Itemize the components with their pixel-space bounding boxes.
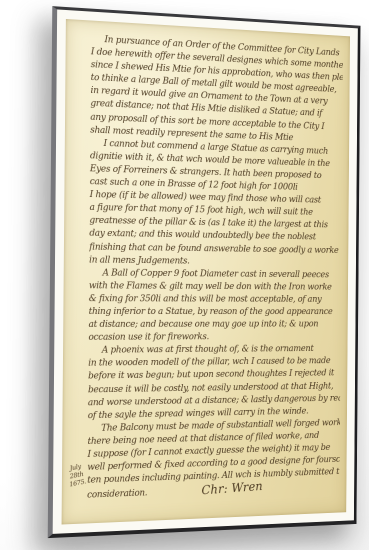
letter-line: at distance; and because one may goe up … — [89, 318, 341, 331]
letter-line: with the Flames & gilt may well be don w… — [89, 279, 341, 293]
mat-board: July 28th 1675. In pursuance of an Order… — [53, 9, 358, 533]
letter-line: & fixing for 350li and this will be most… — [89, 292, 341, 306]
framed-print: July 28th 1675. In pursuance of an Order… — [48, 6, 361, 538]
photo-scene: July 28th 1675. In pursuance of an Order… — [0, 0, 369, 550]
manuscript-paper: July 28th 1675. In pursuance of an Order… — [62, 19, 350, 525]
letter-paragraphs: In pursuance of an Order of the Committe… — [87, 32, 343, 487]
letter-body: In pursuance of an Order of the Committe… — [62, 19, 350, 525]
letter-line: thing inferior to a Statue, by reason of… — [89, 305, 341, 318]
closing-line: consideration. — [87, 487, 147, 502]
signature: Chr: Wren — [201, 480, 263, 497]
